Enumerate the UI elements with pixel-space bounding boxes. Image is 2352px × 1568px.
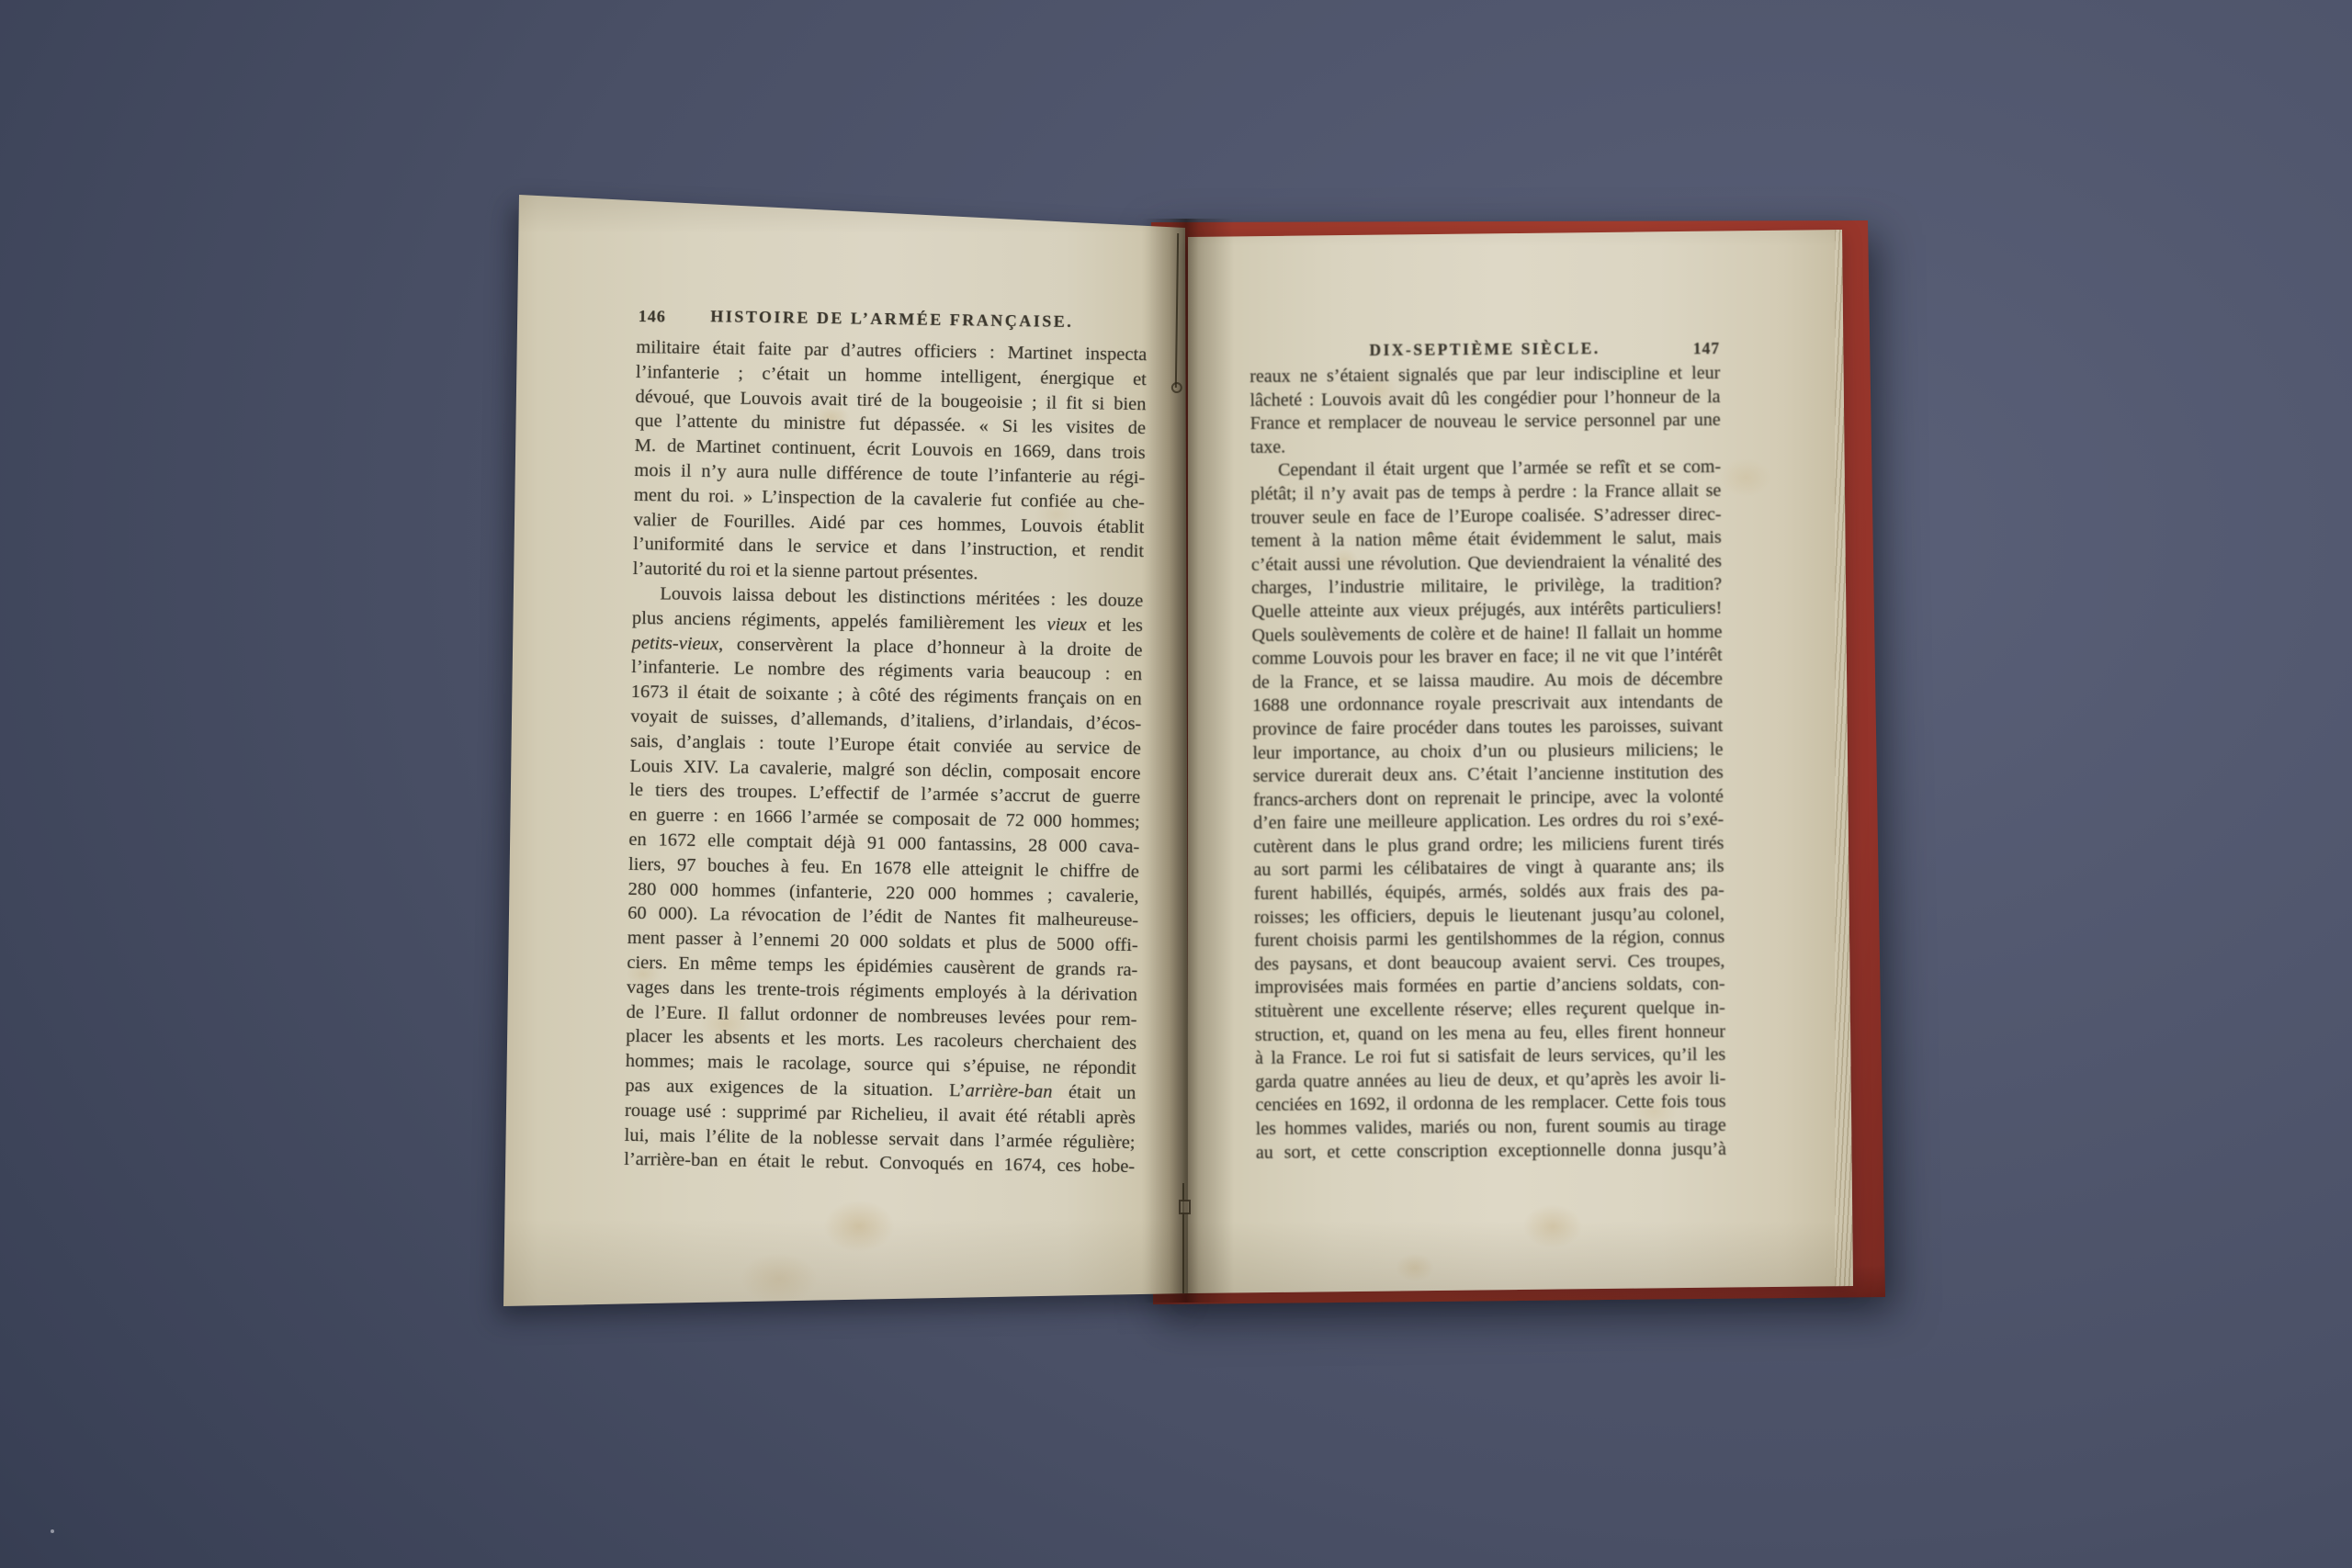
dust-speck xyxy=(1603,643,1605,645)
text-line: France et remplacer de nouveau le servic… xyxy=(1250,409,1721,436)
text-line: roisses; les officiers, depuis le lieute… xyxy=(1254,903,1724,931)
text-line: stituèrent une excellente réserve; elles… xyxy=(1255,997,1725,1024)
text-line: charges, l’industrie militaire, le privi… xyxy=(1251,573,1722,601)
text-line: province de faire procéder dans toutes l… xyxy=(1252,715,1723,742)
text-line: struction, et, quand on les mena au feu,… xyxy=(1255,1021,1725,1048)
text-line: trouver seule en face de l’Europe coalis… xyxy=(1250,503,1721,531)
text-line: leur importance, au choix d’un ou plusie… xyxy=(1252,738,1723,765)
text-line: d’en faire une meilleure application. Le… xyxy=(1253,808,1724,836)
left-page: 146 HISTOIRE DE L’ARMÉE FRANÇAISE. milit… xyxy=(503,195,1189,1308)
text-line: francs-archers dont on reprenait le prin… xyxy=(1253,785,1724,813)
text-line: service durerait deux ans. C’était l’anc… xyxy=(1253,761,1724,789)
text-line: Quelle atteinte aux vieux préjugés, aux … xyxy=(1251,597,1722,625)
right-page-body: reaux ne s’étaient signalés que par leur… xyxy=(1249,362,1726,1165)
dust-speck xyxy=(51,1529,54,1533)
right-page-text-column: DIX-SEPTIÈME SIÈCLE. 147 reaux ne s’étai… xyxy=(1249,338,1726,1165)
text-line: au sort parmi les célibataires de vingt … xyxy=(1253,855,1724,883)
text-line: les hommes valides, mariés ou non, furen… xyxy=(1256,1114,1726,1142)
text-line: au sort, et cette conscription exception… xyxy=(1256,1138,1726,1166)
right-page-header: DIX-SEPTIÈME SIÈCLE. 147 xyxy=(1249,338,1720,366)
text-line: 1688 une ordonnance royale prescrivait a… xyxy=(1252,691,1723,718)
right-running-title: DIX-SEPTIÈME SIÈCLE. xyxy=(1369,339,1600,359)
photo-scene: 146 HISTOIRE DE L’ARMÉE FRANÇAISE. milit… xyxy=(0,0,2352,1568)
text-line: garda quatre années au lieu de deux, et … xyxy=(1255,1067,1725,1095)
right-page: DIX-SEPTIÈME SIÈCLE. 147 reaux ne s’étai… xyxy=(1153,211,1853,1297)
left-running-title: HISTOIRE DE L’ARMÉE FRANÇAISE. xyxy=(710,307,1073,331)
text-line: comme Louvois pour les braver en face; i… xyxy=(1252,644,1723,671)
text-line: reaux ne s’étaient signalés que par leur… xyxy=(1249,362,1720,389)
text-line: à la France. Le roi fut si satisfait de … xyxy=(1255,1043,1725,1071)
left-page-text-column: 146 HISTOIRE DE L’ARMÉE FRANÇAISE. milit… xyxy=(624,306,1148,1179)
text-line: furent habillés, équipés, armés, soldés … xyxy=(1254,879,1724,907)
text-line: taxe. xyxy=(1250,433,1721,460)
text-line: cenciées en 1692, il ordonna de les remp… xyxy=(1255,1090,1725,1118)
text-line: Quels soulèvements de colère et de haine… xyxy=(1251,621,1722,649)
text-line: lâcheté : Louvois avait dû les congédier… xyxy=(1249,386,1720,413)
text-line: furent choisis parmi les gentilshommes d… xyxy=(1254,926,1724,953)
text-line: de la France, et se laissa maudire. Au m… xyxy=(1252,668,1723,695)
left-page-wrap: 146 HISTOIRE DE L’ARMÉE FRANÇAISE. milit… xyxy=(503,195,1189,1308)
text-line: improvisées mais formées en partie d’anc… xyxy=(1254,973,1724,1000)
binding-thread-bottom xyxy=(1182,1183,1184,1293)
text-line: c’était aussi une révolution. Que devien… xyxy=(1251,550,1722,578)
right-page-wrap: DIX-SEPTIÈME SIÈCLE. 147 reaux ne s’étai… xyxy=(1153,211,1853,1297)
text-line: cutèrent dans le plus grand ordre; les m… xyxy=(1253,832,1724,860)
text-line: tement à la nation même était évidemment… xyxy=(1251,526,1722,554)
text-line: des paysans, et dont beaucoup avaient se… xyxy=(1254,950,1724,977)
right-page-number: 147 xyxy=(1693,339,1720,358)
left-page-body: militaire était faite par d’autres offic… xyxy=(624,335,1147,1179)
text-line: plétât; il n’y avait pas de temps à perd… xyxy=(1250,479,1721,507)
text-line: Cependant il était urgent que l’armée se… xyxy=(1250,456,1721,483)
left-page-number: 146 xyxy=(639,307,666,326)
